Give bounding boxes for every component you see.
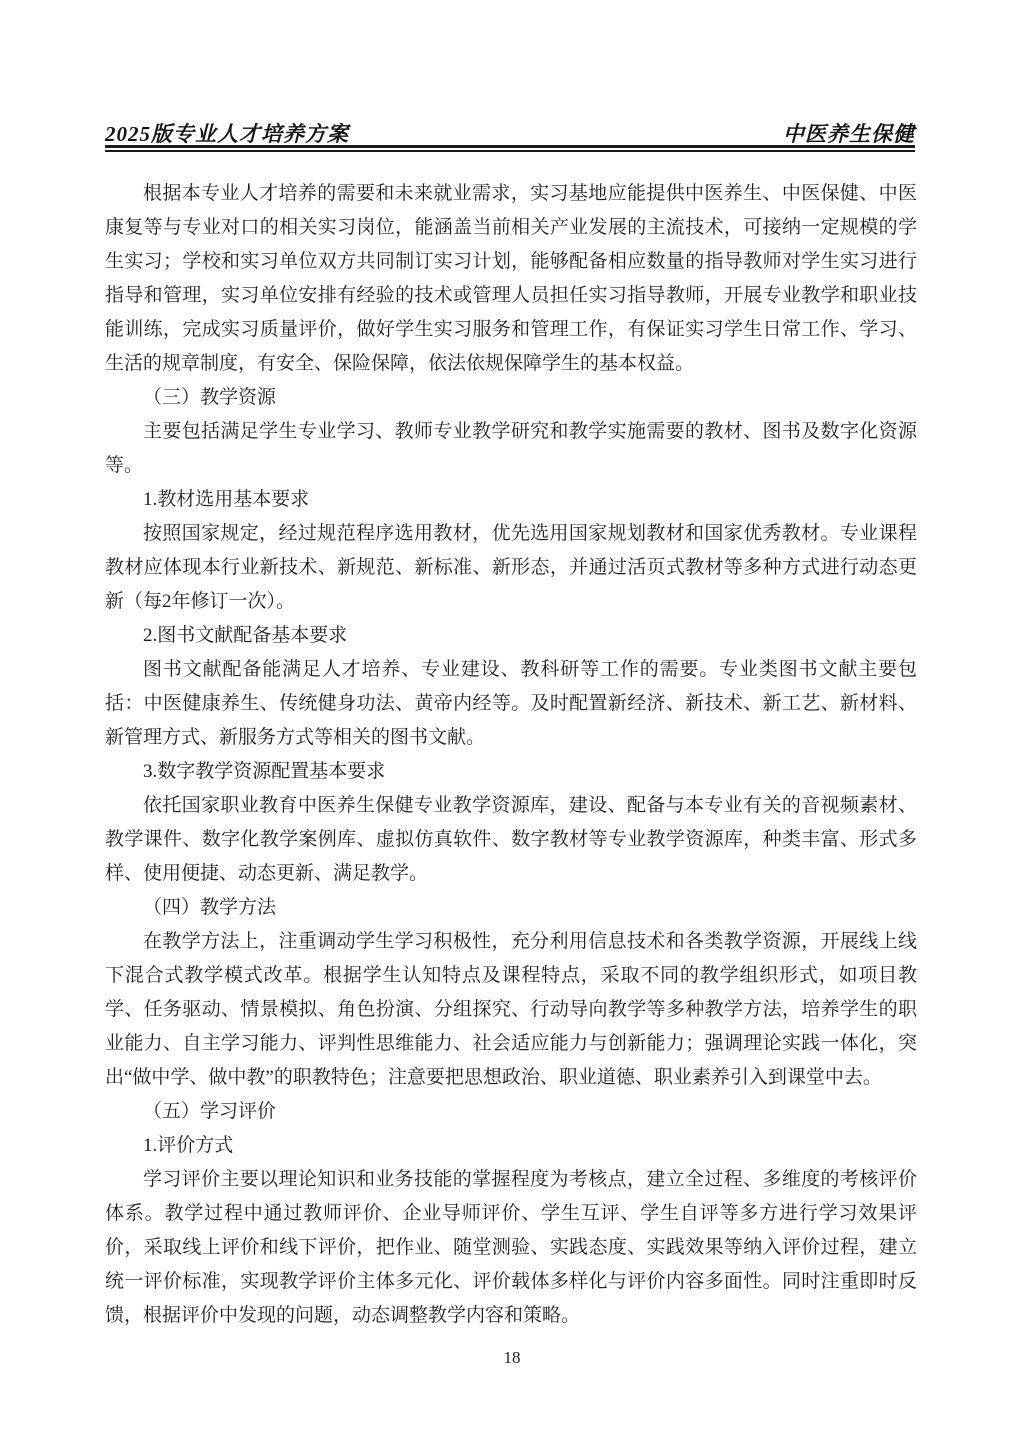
paragraph: 1.教材选用基本要求 xyxy=(105,483,917,517)
page-header: 2025版专业人才培养方案 中医养生保健 xyxy=(105,118,915,148)
paragraph: 在教学方法上，注重调动学生学习积极性，充分利用信息技术和各类教学资源，开展线上线… xyxy=(105,925,917,1095)
page-footer: 18 xyxy=(0,1348,1024,1368)
header-double-rule xyxy=(105,145,915,152)
paragraph: 根据本专业人才培养的需要和未来就业需求，实习基地应能提供中医养生、中医保健、中医… xyxy=(105,177,917,381)
paragraph: （三）教学资源 xyxy=(105,381,917,415)
document-page: 2025版专业人才培养方案 中医养生保健 根据本专业人才培养的需要和未来就业需求… xyxy=(0,0,1024,1448)
paragraph: 3.数字教学资源配置基本要求 xyxy=(105,755,917,789)
paragraph: 依托国家职业教育中医养生保健专业教学资源库，建设、配备与本专业有关的音视频素材、… xyxy=(105,789,917,891)
paragraph: 学习评价主要以理论知识和业务技能的掌握程度为考核点，建立全过程、多维度的考核评价… xyxy=(105,1163,917,1333)
document-body: 根据本专业人才培养的需要和未来就业需求，实习基地应能提供中医养生、中医保健、中医… xyxy=(105,177,917,1333)
header-left-title: 2025版专业人才培养方案 xyxy=(105,118,349,148)
paragraph: （五）学习评价 xyxy=(105,1095,917,1129)
paragraph: 主要包括满足学生专业学习、教师专业教学研究和教学实施需要的教材、图书及数字化资源… xyxy=(105,415,917,483)
paragraph: 2.图书文献配备基本要求 xyxy=(105,619,917,653)
paragraph: 按照国家规定，经过规范程序选用教材，优先选用国家规划教材和国家优秀教材。专业课程… xyxy=(105,517,917,619)
page-number: 18 xyxy=(504,1348,521,1367)
paragraph: 1.评价方式 xyxy=(105,1129,917,1163)
paragraph: （四）教学方法 xyxy=(105,891,917,925)
header-right-title: 中医养生保健 xyxy=(783,118,915,148)
paragraph: 图书文献配备能满足人才培养、专业建设、教科研等工作的需要。专业类图书文献主要包括… xyxy=(105,653,917,755)
